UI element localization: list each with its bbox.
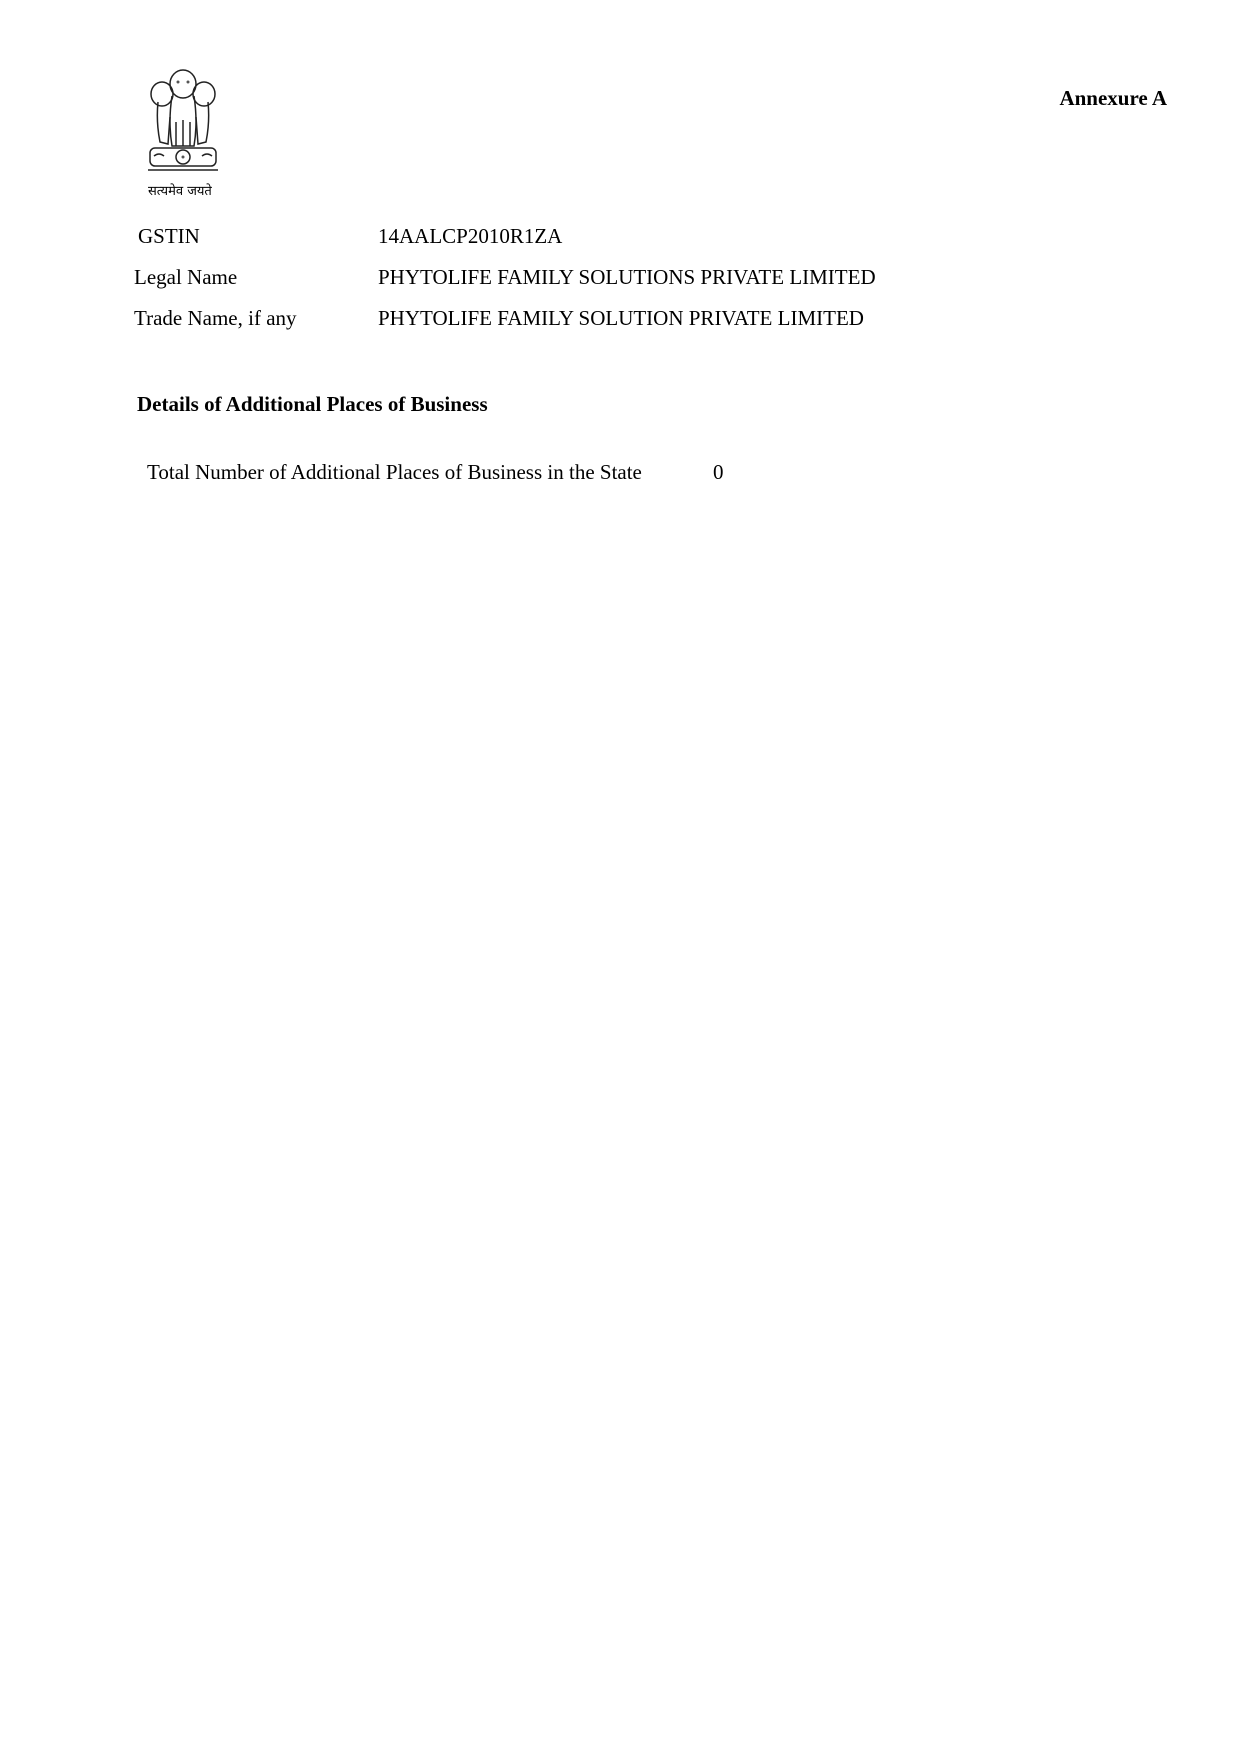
trade-name-value: PHYTOLIFE FAMILY SOLUTION PRIVATE LIMITE… <box>378 306 864 331</box>
legal-name-value: PHYTOLIFE FAMILY SOLUTIONS PRIVATE LIMIT… <box>378 265 876 290</box>
national-emblem-icon <box>138 62 228 182</box>
total-places-label: Total Number of Additional Places of Bus… <box>147 460 642 485</box>
gstin-value: 14AALCP2010R1ZA <box>378 224 562 249</box>
gstin-label: GSTIN <box>138 224 200 249</box>
total-places-value: 0 <box>713 460 724 485</box>
annexure-label: Annexure A <box>1059 86 1167 111</box>
trade-name-label: Trade Name, if any <box>134 306 297 331</box>
legal-name-label: Legal Name <box>134 265 237 290</box>
emblem-motto: सत्यमेव जयते <box>148 181 212 199</box>
additional-places-title: Details of Additional Places of Business <box>137 392 488 417</box>
